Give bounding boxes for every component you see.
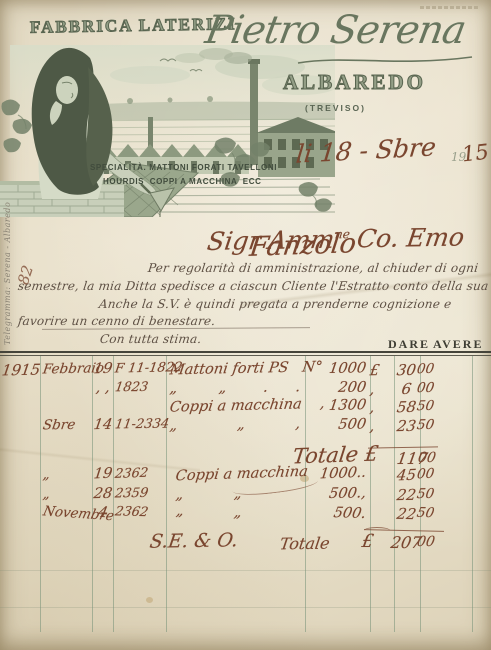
total-overline-squiggle <box>364 527 390 534</box>
town-name: Albaredo <box>283 70 426 95</box>
ledger-cell-cent: 00 <box>416 380 438 396</box>
ledger-cell-qty: 1000 <box>293 360 367 378</box>
ledger-cell-qty: 500. <box>293 504 368 522</box>
ledger-cell-month: „ <box>42 465 93 483</box>
specialty-line-1: SPECIALITÀ. MATTONI FORATI TAVELLONI <box>90 163 277 172</box>
ledger-cell-cent: 00 <box>416 466 438 483</box>
ledger-cell-day: 28 <box>91 486 115 502</box>
ledger-column-line <box>40 356 41 632</box>
owner-name-script: Pietro Serena <box>202 8 469 53</box>
ledger-total-currency: £ <box>360 531 375 552</box>
ledger-cell-cent: 50 <box>416 486 438 502</box>
ledger-cell-ref: 2362 <box>114 504 169 520</box>
ledger-cell-ref: 11-2334 <box>114 417 168 433</box>
ledger-cell-desc: Coppi a macchina , <box>169 396 308 415</box>
ledger-faint-rule <box>0 607 491 608</box>
ledger-cell-desc: „ „ . . <box>169 379 308 396</box>
ledger-cell-day: 14 <box>91 417 115 433</box>
specialty-line-2: HOURDIS COPPI A MACCHINA ECC <box>103 177 261 186</box>
ledger-total-cent: 00 <box>416 534 436 550</box>
document: Fabbrica Laterizi Pietro Serena Albaredo… <box>0 0 491 650</box>
body-line-3: Anche la S.V. è quindi pregata a prender… <box>98 297 452 311</box>
ledger-cell-ref: F 11-1822 <box>114 360 168 376</box>
ledger-cell-cur: , <box>369 417 396 435</box>
ledger-cell-cur: , <box>369 380 396 398</box>
ledger-subtotal-label: Totale £ <box>291 442 380 469</box>
ledger-cell-qty: 500 <box>293 416 367 433</box>
addressee-line-2: Fanzolo <box>248 228 358 263</box>
ledger-cell-year: 1915 <box>1 361 42 380</box>
ledger-top-rule <box>0 351 491 353</box>
ledger-cell-ref: 2359 <box>114 486 168 502</box>
ledger-cell-ref: 2362 <box>114 465 168 482</box>
ledger-cell-day: , , <box>91 380 115 396</box>
ledger-top-rule-2 <box>0 355 491 356</box>
addressee-name: Co. Emo <box>347 222 466 253</box>
body-line-1: Per regolarità di amministrazione, al ch… <box>147 261 479 275</box>
ledger-subtotal-cent: 00 <box>417 450 437 466</box>
ledger-cell-cur: £ <box>369 361 396 379</box>
ledger-faint-rule <box>0 570 491 571</box>
ledger-cell-cur: , <box>369 398 395 417</box>
ledger-cell-qty: 1300 <box>293 397 367 415</box>
date-handwritten: li 18 - Sbre <box>295 132 438 169</box>
ledger-cell-cent: 50 <box>416 398 438 414</box>
ledger-cell-day: 19 <box>91 466 115 483</box>
body-line-2: semestre, la mia Ditta spedisce a ciascu… <box>17 279 491 293</box>
ledger-cell-month: Sbre <box>42 417 93 434</box>
ledger-cell-ref: 1823 <box>114 380 168 396</box>
ledger-cell-desc: „ „ , <box>169 416 308 434</box>
date-year-handwritten: 15 <box>461 140 490 167</box>
paper-stain <box>146 597 153 603</box>
province-name: (TREVISO) <box>305 103 366 113</box>
ledger-cell-cent: 50 <box>416 417 438 433</box>
ledger-cell-month: „ <box>42 486 93 503</box>
ledger-cell-cent: 50 <box>416 505 439 522</box>
ledger-cell-month: Novembre <box>42 503 94 522</box>
ledger-cell-month: Febbraio <box>42 360 93 377</box>
ledger-cell-desc: Mattoni forti PS N° <box>169 360 308 379</box>
ledger-cell-day: 19 <box>91 361 115 377</box>
ledger-column-line <box>472 356 473 632</box>
signature-flourish <box>296 52 476 68</box>
ledger-cell-qty: 500., <box>293 485 367 502</box>
ledger-total-label: Totale <box>279 534 331 554</box>
ledger-header-dare: DARE <box>388 337 430 352</box>
ledger-header-avere: AVERE <box>433 337 483 352</box>
body-line-4: favorire un cenno di benestare. <box>17 314 216 328</box>
telegraph-note: Telegramma: Serena - Albaredo <box>3 202 12 345</box>
ledger-cell-cent: 00 <box>416 361 438 377</box>
ledger-cell-day: 4 <box>91 505 116 522</box>
ledger-total-prefix: S.E. & O. <box>148 529 239 553</box>
ledger-cell-qty: 200 <box>293 380 367 397</box>
body-line-5: Con tutta stima. <box>99 332 202 346</box>
